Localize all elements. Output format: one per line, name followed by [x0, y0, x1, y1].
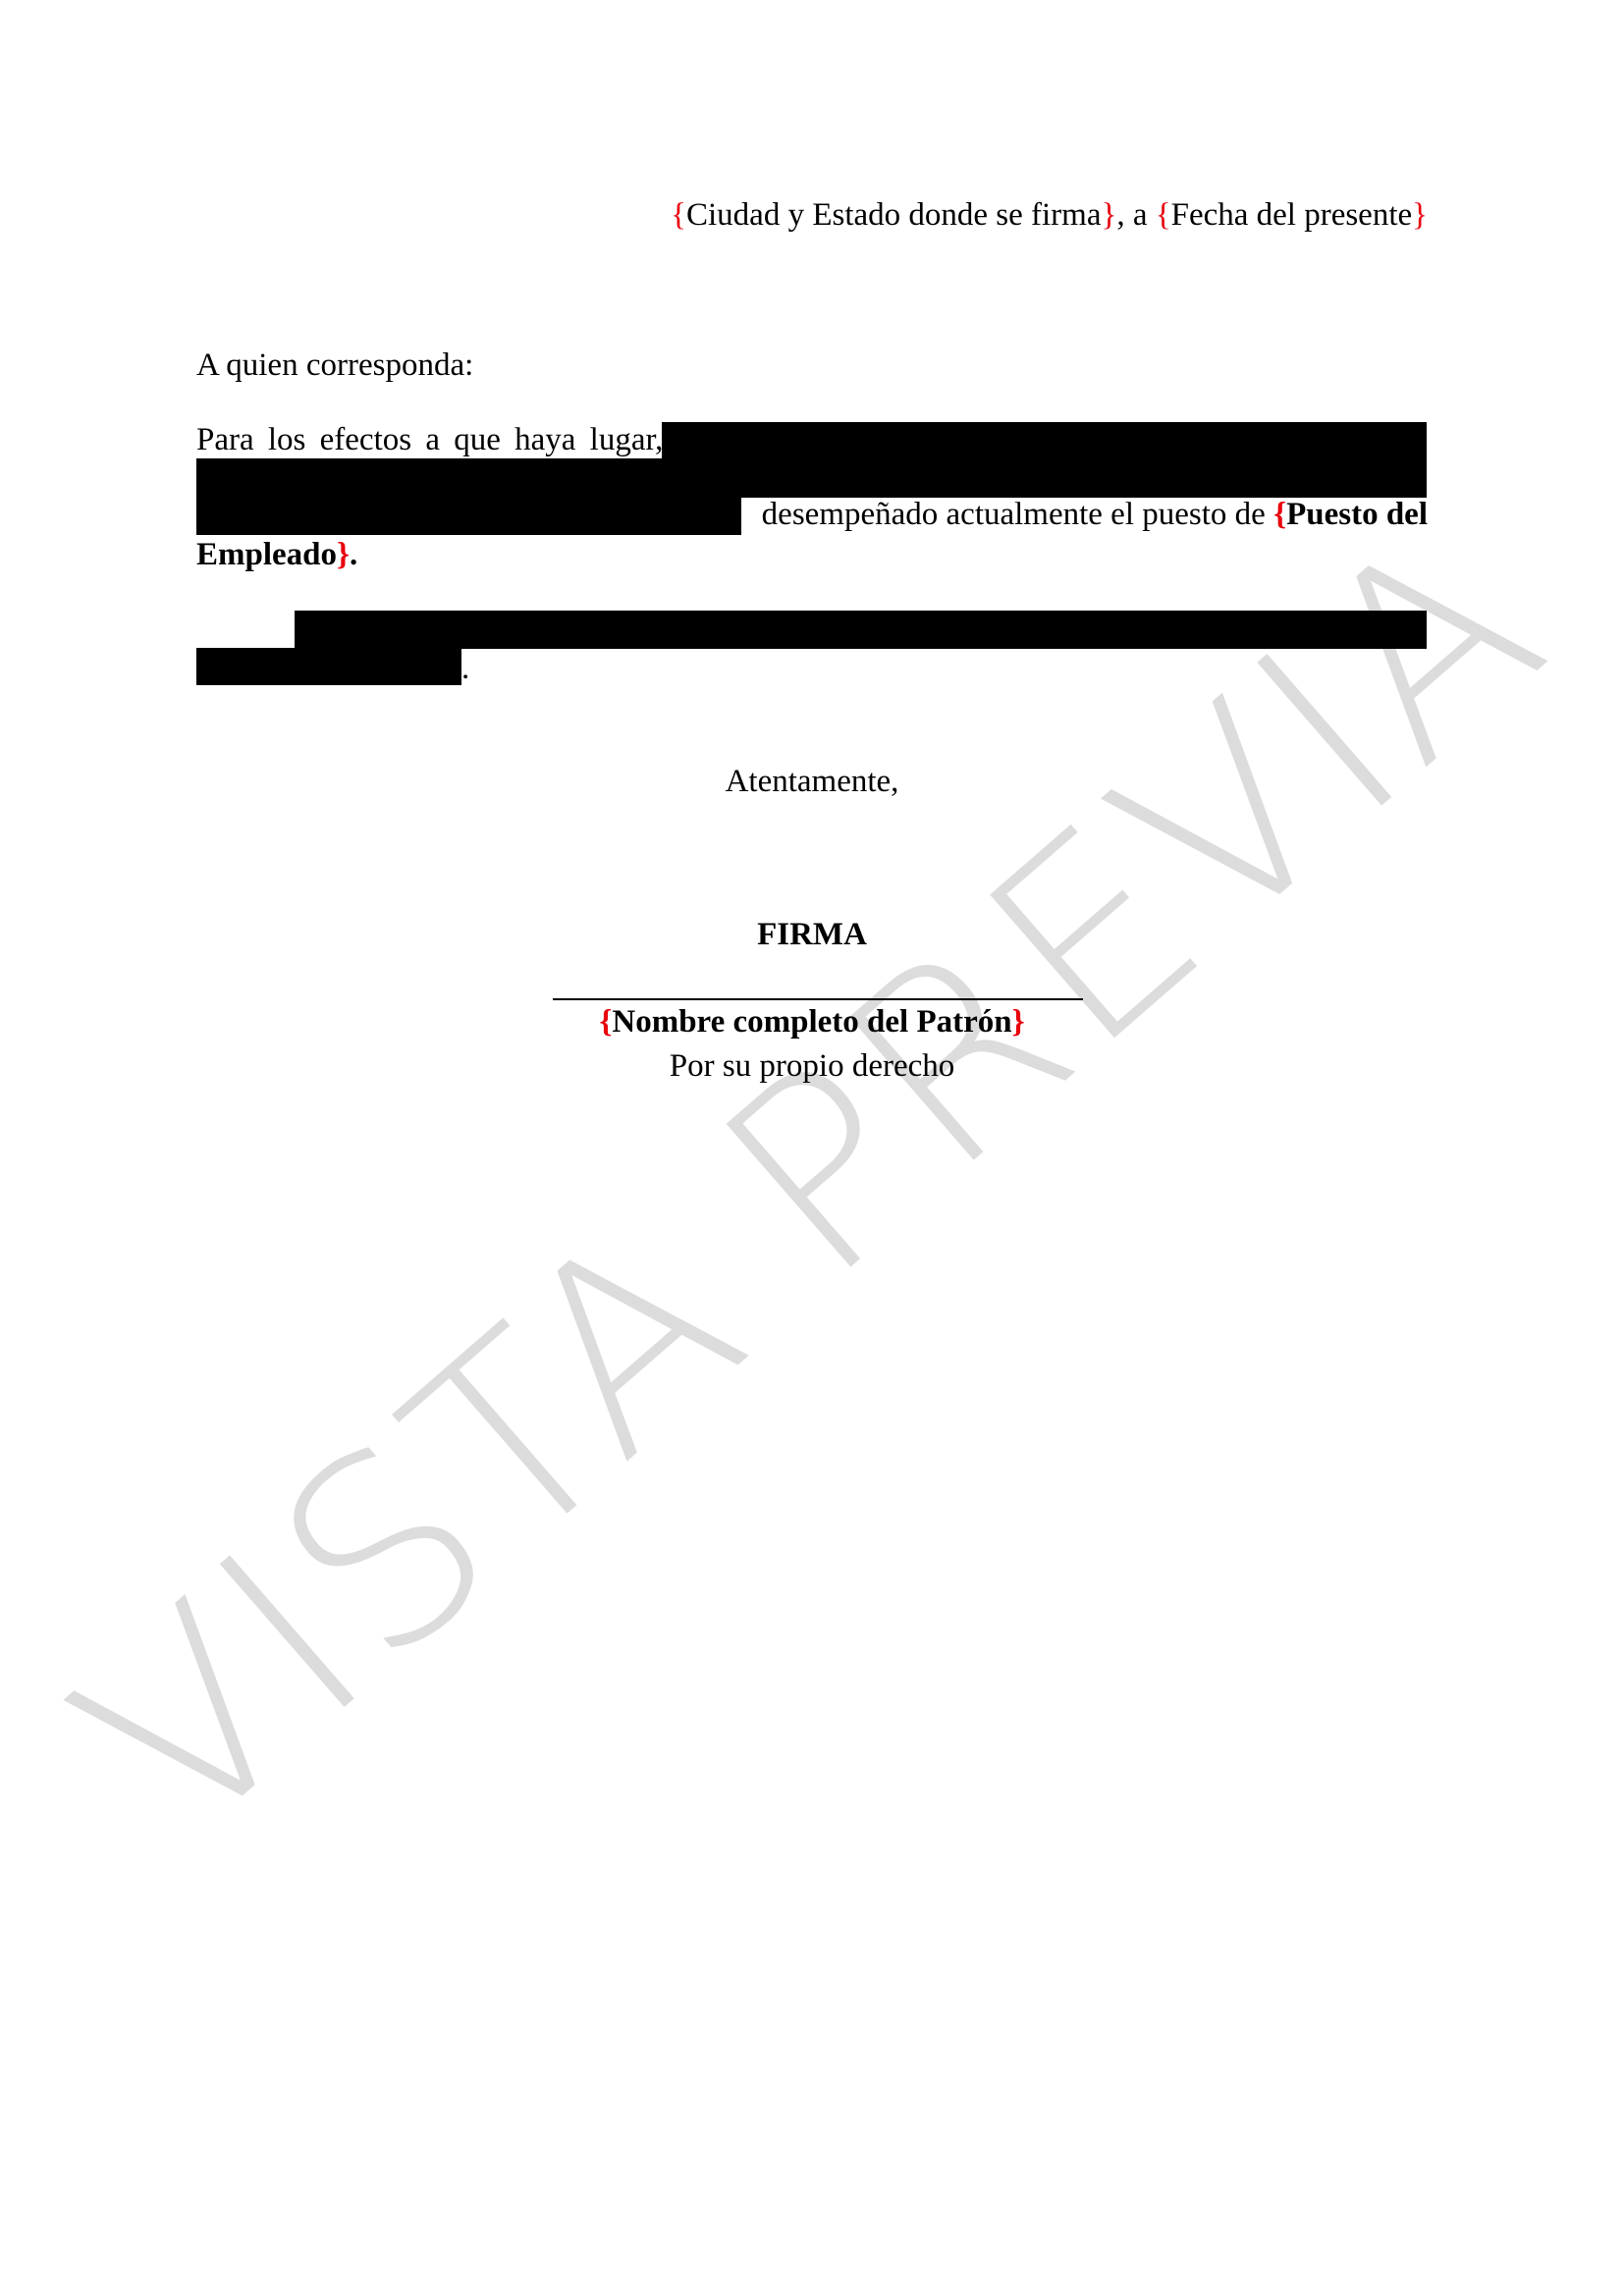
redaction-block [295, 611, 1427, 649]
brace-close: } [1412, 197, 1428, 233]
date-placeholder: Fecha del presente [1171, 197, 1413, 233]
brace-close: } [1102, 197, 1117, 233]
paragraph-1-after-redaction: desempeñado actualmente el puesto de [762, 497, 1266, 532]
signatory-name: {Nombre completo del Patrón} [0, 1003, 1624, 1041]
position-placeholder: Puesto del [1286, 497, 1428, 532]
redaction-block [196, 648, 461, 685]
watermark: VISTA PREVIA [38, 486, 1587, 1879]
signature-line [553, 998, 1083, 1000]
city-placeholder: Ciudad y Estado donde se firma [686, 197, 1102, 233]
salutation: A quien corresponda: [196, 347, 473, 384]
name-placeholder: Nombre completo del Patrón [612, 1004, 1011, 1040]
paragraph-2-end: . [461, 650, 469, 687]
paragraph-1-lead: Para los efectos a que haya lugar, [196, 421, 663, 458]
document-page: VISTA PREVIA {Ciudad y Estado donde se f… [0, 0, 1624, 2296]
position-placeholder-cont: Empleado [196, 537, 337, 572]
brace-open: { [1273, 497, 1286, 532]
paragraph-1-line-3: Empleado}. [196, 536, 357, 573]
signatory-capacity: Por su propio derecho [0, 1047, 1624, 1085]
brace-close: } [1012, 1004, 1025, 1040]
period: . [350, 537, 357, 572]
brace-close: } [337, 537, 350, 572]
redaction-block [196, 458, 741, 535]
brace-open: { [671, 197, 686, 233]
redaction-block [662, 422, 1427, 498]
signature-label: FIRMA [0, 916, 1624, 953]
connector-text: , a [1116, 197, 1155, 233]
brace-open: { [599, 1004, 612, 1040]
closing: Atentamente, [0, 763, 1624, 800]
brace-open: { [1156, 197, 1171, 233]
place-date-line: {Ciudad y Estado donde se firma}, a {Fec… [671, 196, 1428, 234]
paragraph-1-line-2: desempeñado actualmente el puesto de {Pu… [762, 496, 1428, 533]
